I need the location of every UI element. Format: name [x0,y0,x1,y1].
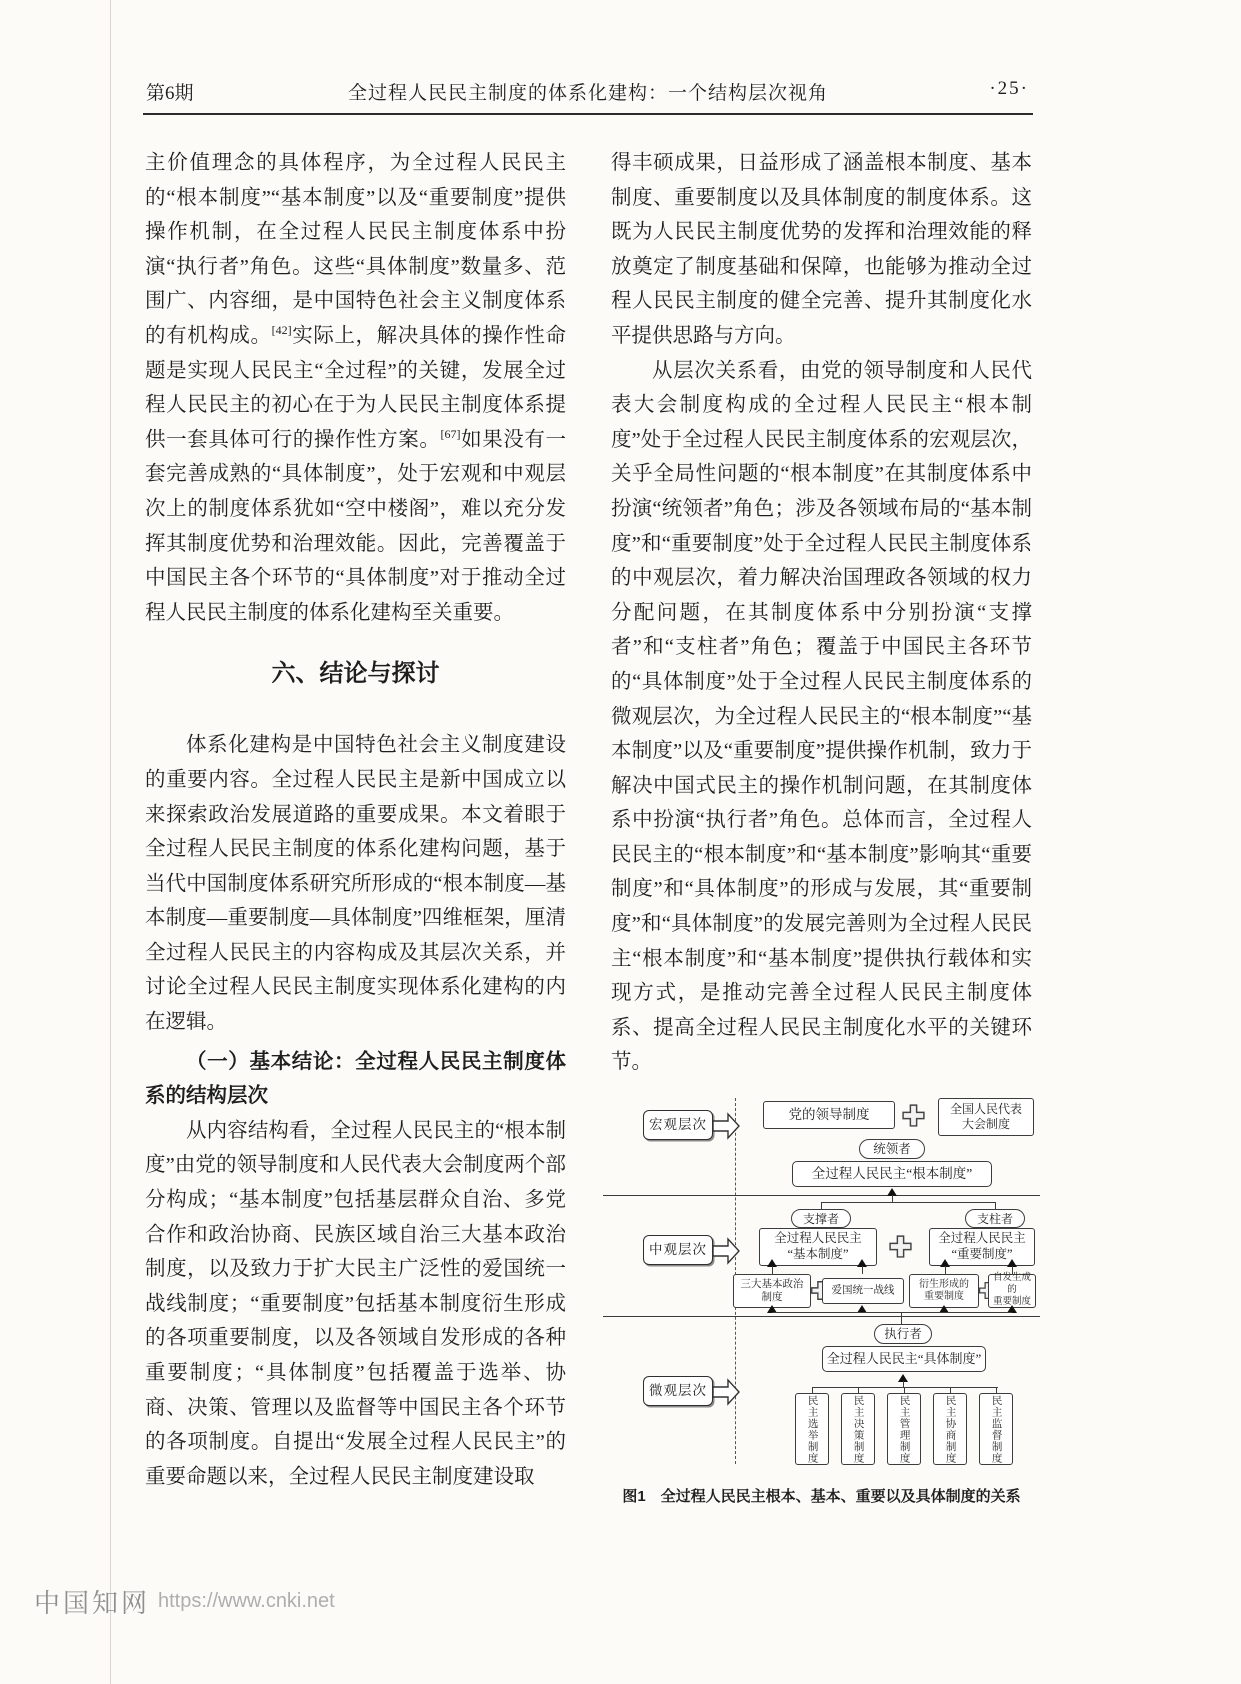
role-pill-executor: 执行者 [874,1324,932,1344]
paragraph: 主价值理念的具体程序，为全过程人民民主的“根本制度”“基本制度”以及“重要制度”… [145,146,566,630]
page-edge-line [110,0,111,1684]
connector-line [772,1266,773,1274]
left-column: 主价值理念的具体程序，为全过程人民民主的“根本制度”“基本制度”以及“重要制度”… [145,146,566,1494]
figure-caption: 图1 全过程人民民主根本、基本、重要以及具体制度的关系 [611,1480,1032,1515]
role-pill-pillar: 支柱者 [965,1209,1025,1228]
body-text: 主价值理念的具体程序，为全过程人民民主的“根本制度”“基本制度”以及“重要制度”… [145,152,566,347]
connector-line [812,1387,998,1388]
specific-system-box: 全过程人民民主“具体制度” [822,1346,986,1372]
meso-micro-divider [603,1316,1040,1317]
right-column: 得丰硕成果，日益形成了涵盖根本制度、基本制度、重要制度以及具体制度的制度体系。这… [611,146,1032,1515]
body-text: 如果没有一套完善成熟的“具体制度”，处于宏观和中观层次上的制度体系犹如“空中楼阁… [145,429,566,624]
paragraph: 从层次关系看，由党的领导制度和人民代表大会制度构成的全过程人民民主“根本制度”处… [611,354,1032,1080]
sub-heading: （一）基本结论：全过程人民民主制度体系的结构层次 [145,1045,566,1114]
level-label-meso: 中观层次 [643,1235,713,1265]
spontaneous-important-systems-box: 自发生成的 重要制度 [988,1274,1036,1308]
democratic-supervision-system-box: 民主监督制度 [979,1393,1013,1465]
paragraph: 从内容结构看，全过程人民民主的“根本制度”由党的领导制度和人民代表大会制度两个部… [145,1114,566,1495]
democratic-decision-system-box: 民主决策制度 [841,1393,875,1465]
npc-system-box: 全国人民代表 大会制度 [938,1098,1034,1136]
level-label-micro: 微观层次 [643,1376,713,1406]
cnki-brand: 中国知网 [34,1583,150,1620]
macro-meso-divider [603,1195,1040,1196]
citation-ref: [42] [272,323,292,337]
role-pill-leader: 统领者 [859,1139,925,1159]
section-heading: 六、结论与探讨 [145,657,566,691]
header-rule [143,113,1033,115]
cnki-url: https://www.cnki.net [158,1590,335,1613]
connector-line [772,1312,1012,1313]
plus-icon [888,1234,913,1259]
citation-ref: [67] [440,427,460,441]
level-label-macro: 宏观层次 [643,1110,713,1140]
paragraph: 体系化建构是中国特色社会主义制度建设的重要内容。全过程人民民主是新中国成立以来探… [145,728,566,1039]
connector-line [862,1266,863,1274]
block-arrow-right-icon [711,1377,741,1407]
democratic-management-system-box: 民主管理制度 [887,1393,921,1465]
running-title: 全过程人民民主制度的体系化建构：一个结构层次视角 [143,78,1033,105]
page-number: ·25· [989,78,1029,100]
democratic-election-system-box: 民主选举制度 [795,1393,829,1465]
fundamental-system-box: 全过程人民民主“根本制度” [792,1161,992,1187]
figure-1-diagram: 宏观层次 中观层次 微观层次 党的领导制度 全国人民代表 大会制度 统领者 全过… [595,1098,1040,1468]
derived-important-systems-box: 衍生形成的 重要制度 [909,1274,979,1308]
party-leadership-system-box: 党的领导制度 [763,1101,895,1129]
connector-line [901,1312,902,1324]
role-pill-supporter: 支撑者 [791,1209,851,1228]
plus-icon [901,1103,926,1128]
united-front-box: 爱国统一战线 [822,1278,904,1304]
paragraph: 得丰硕成果，日益形成了涵盖根本制度、基本制度、重要制度以及具体制度的制度体系。这… [611,146,1032,354]
democratic-consultation-system-box: 民主协商制度 [933,1393,967,1465]
block-arrow-right-icon [711,1236,741,1266]
three-basic-political-systems-box: 三大基本政治 制度 [733,1274,811,1308]
block-arrow-right-icon [711,1111,741,1141]
connector-line [821,1202,996,1203]
connector-line [945,1266,946,1274]
